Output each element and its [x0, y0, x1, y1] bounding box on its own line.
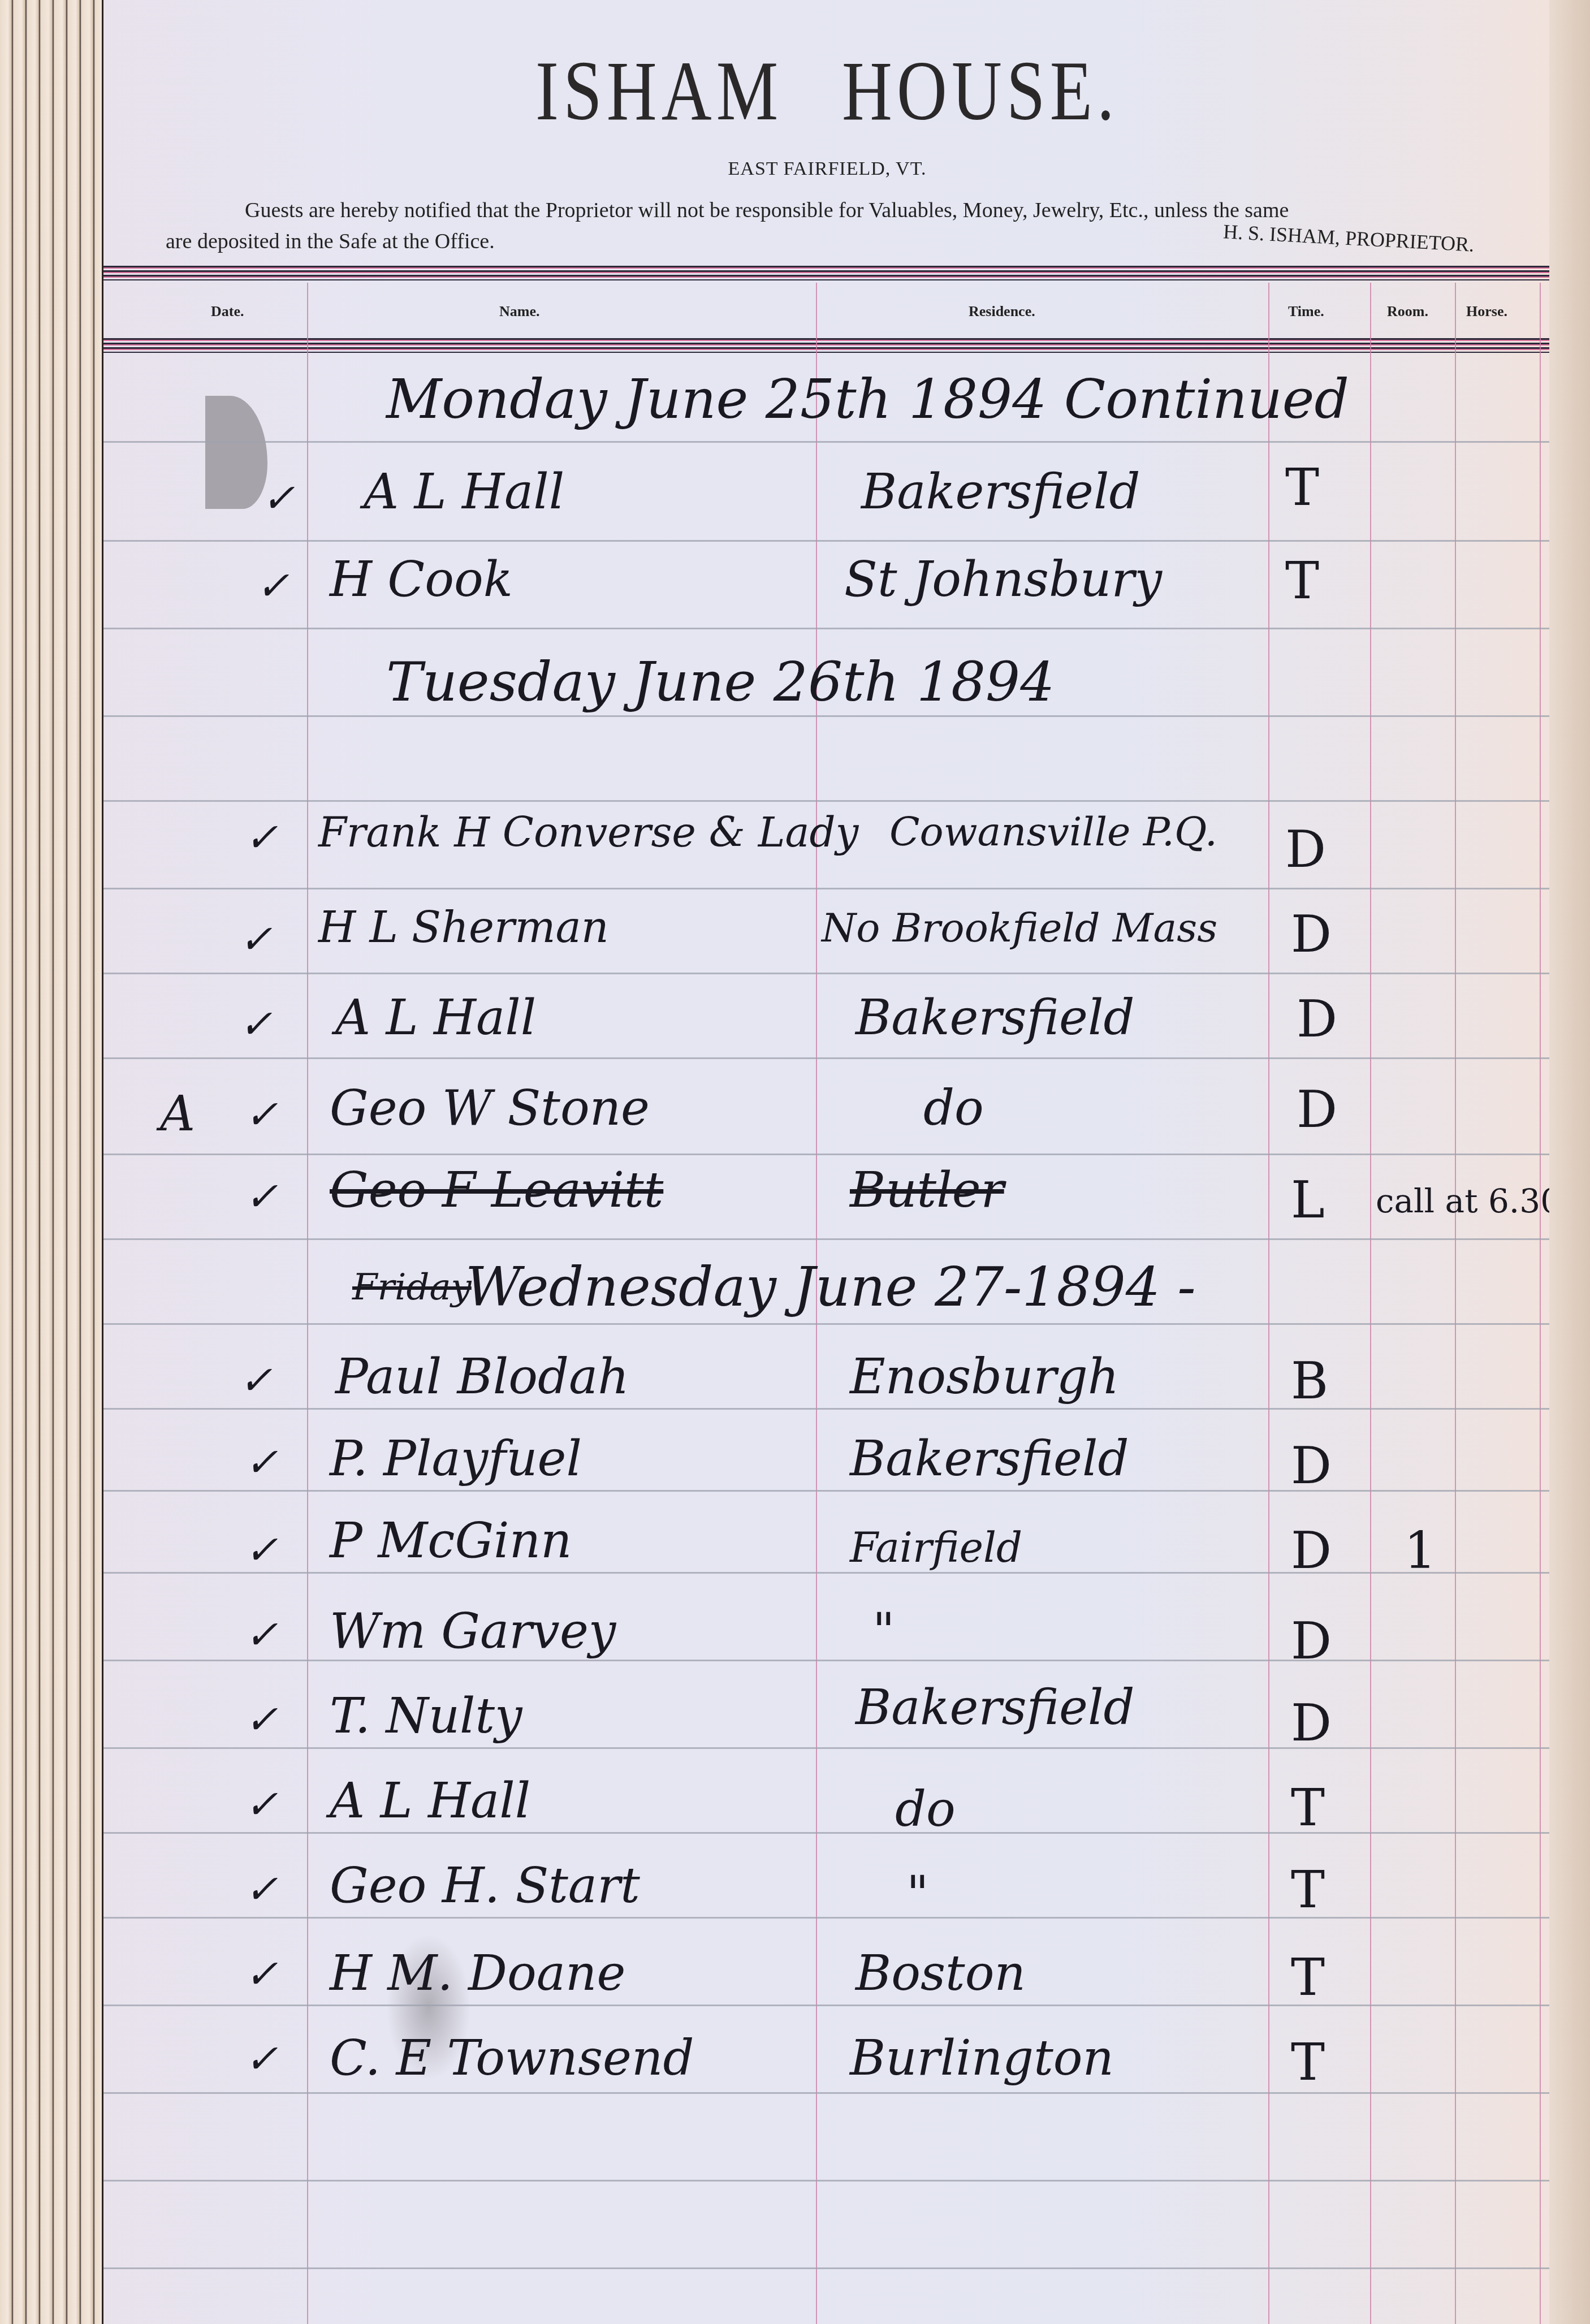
- row-rule: [103, 441, 1551, 443]
- guest-residence: Boston: [856, 1945, 1026, 2002]
- date-heading-tuesday: Tuesday June 26th 1894: [386, 650, 1055, 714]
- guest-residence: Burlington: [850, 2030, 1114, 2087]
- notice-line-1: Guests are hereby notified that the Prop…: [245, 198, 1289, 223]
- row-rule: [103, 2267, 1551, 2269]
- column-headers: Date. Name. Residence. Time. Room. Horse…: [103, 300, 1551, 339]
- notice-line-2: are deposited in the Safe at the Office.: [166, 229, 495, 254]
- guest-time: D: [1291, 1521, 1332, 1580]
- guest-time: D: [1291, 1436, 1332, 1496]
- guest-name: T. Nulty: [330, 1688, 522, 1744]
- col-room: Room.: [1387, 303, 1428, 320]
- row-rule: [103, 1490, 1551, 1492]
- row-rule: [103, 1408, 1551, 1410]
- check-mark-icon: ✓: [245, 1439, 278, 1485]
- guest-time: L: [1291, 1170, 1325, 1230]
- guest-time: D: [1285, 820, 1326, 879]
- check-mark-icon: ✓: [239, 1357, 273, 1403]
- col-residence: Residence.: [969, 303, 1035, 320]
- check-mark-icon: ✓: [245, 1091, 278, 1138]
- check-mark-icon: ✓: [245, 2036, 278, 2082]
- ink-stain: [205, 396, 267, 509]
- row-rule: [103, 1660, 1551, 1661]
- guest-residence: do: [923, 1080, 984, 1137]
- rule-horse: [1540, 283, 1541, 2324]
- guest-name: P McGinn: [330, 1513, 572, 1569]
- row-rule: [103, 2005, 1551, 2006]
- row-rule: [103, 628, 1551, 629]
- col-time: Time.: [1288, 303, 1324, 320]
- guest-name: H M. Doane: [330, 1945, 625, 2002]
- guest-name: H L Sherman: [318, 902, 609, 952]
- row-rule: [103, 1572, 1551, 1574]
- check-mark-icon: ✓: [245, 1696, 278, 1743]
- row-rule: [103, 715, 1551, 717]
- hotel-location: EAST FAIRFIELD, VT.: [103, 158, 1551, 180]
- row-rule: [103, 1917, 1551, 1919]
- date-heading-wednesday: Wednesday June 27-1894 -: [465, 1255, 1196, 1319]
- guest-time: T: [1285, 551, 1319, 611]
- check-mark-icon: ✓: [256, 563, 290, 609]
- date-heading-struck: Friday: [352, 1267, 472, 1308]
- guest-note: call at 6.30: [1376, 1182, 1561, 1220]
- row-rule: [103, 1057, 1551, 1059]
- guest-residence: Bakersfield: [856, 990, 1135, 1046]
- guest-name: A L Hall: [330, 1773, 530, 1829]
- page-edges-stack: [0, 0, 102, 2324]
- row-rule: [103, 2180, 1551, 2182]
- guest-name: P. Playfuel: [330, 1431, 582, 1487]
- row-rule: [103, 800, 1551, 802]
- guest-residence: Bakersfield: [850, 1431, 1129, 1487]
- guest-residence: Fairfield: [850, 1524, 1022, 1571]
- guest-time: D: [1297, 1080, 1337, 1139]
- rule-room: [1455, 283, 1456, 2324]
- guest-residence: Enosburgh: [850, 1349, 1119, 1405]
- guest-residence: Bakersfield: [856, 1679, 1135, 1736]
- guest-residence: ": [906, 1866, 929, 1923]
- guest-time: T: [1291, 1860, 1325, 1920]
- check-mark-icon: ✓: [239, 916, 273, 962]
- guest-time: D: [1297, 990, 1337, 1049]
- col-horse: Horse.: [1466, 303, 1507, 320]
- guest-residence: No Brookfield Mass: [822, 905, 1217, 951]
- proprietor-signature: H. S. ISHAM, PROPRIETOR.: [1222, 219, 1475, 256]
- row-rule: [103, 2092, 1551, 2094]
- guest-time: T: [1285, 458, 1319, 517]
- guest-time: T: [1291, 1948, 1325, 2007]
- check-mark-icon: ✓: [245, 1866, 278, 1912]
- guest-name: Wm Garvey: [330, 1603, 616, 1660]
- ledger-page: ISHAM HOUSE. EAST FAIRFIELD, VT. Guests …: [102, 0, 1551, 2324]
- row-rule: [103, 1323, 1551, 1325]
- row-rule: [103, 1238, 1551, 1240]
- check-mark-icon: ✓: [245, 814, 278, 861]
- page-right-edge: [1549, 0, 1590, 2324]
- guest-time: T: [1291, 2033, 1325, 2092]
- guest-residence: do: [895, 1781, 956, 1838]
- row-rule: [103, 973, 1551, 974]
- check-mark-icon: ✓: [239, 1001, 273, 1047]
- guest-time: D: [1291, 1694, 1332, 1753]
- guest-residence: Bakersfield: [861, 464, 1140, 520]
- guest-room: 1: [1404, 1521, 1436, 1580]
- guest-time: D: [1291, 905, 1332, 964]
- check-mark-icon: ✓: [245, 1527, 278, 1573]
- guest-name: Geo H. Start: [330, 1858, 640, 1914]
- margin-mark: A: [160, 1086, 195, 1142]
- row-rule: [103, 1747, 1551, 1749]
- guest-residence: ": [872, 1603, 895, 1660]
- hotel-title: ISHAM HOUSE.: [234, 42, 1420, 140]
- date-heading-monday: Monday June 25th 1894 Continued: [386, 368, 1349, 431]
- col-name: Name.: [499, 303, 539, 320]
- guest-time: B: [1291, 1351, 1328, 1411]
- col-date: Date.: [211, 303, 244, 320]
- check-mark-icon: ✓: [245, 1951, 278, 1997]
- row-rule: [103, 1154, 1551, 1155]
- row-rule: [103, 888, 1551, 889]
- guest-name: Geo F Leavitt: [330, 1162, 663, 1219]
- header-rule-bottom: [103, 338, 1551, 353]
- rule-time: [1370, 283, 1371, 2324]
- rule-residence: [1268, 283, 1269, 2324]
- guest-time: D: [1291, 1612, 1332, 1671]
- check-mark-icon: ✓: [245, 1173, 278, 1220]
- row-rule: [103, 540, 1551, 542]
- row-rule: [103, 1832, 1551, 1834]
- guest-name: C. E Townsend: [330, 2030, 694, 2087]
- header-rule-top: [103, 266, 1551, 280]
- guest-residence: Cowansville P.Q.: [889, 809, 1217, 855]
- guest-name: A L Hall: [335, 990, 536, 1046]
- guest-residence: Butler: [850, 1162, 1004, 1219]
- guest-name: Geo W Stone: [330, 1080, 650, 1137]
- check-mark-icon: ✓: [262, 475, 295, 521]
- guest-name: Frank H Converse & Lady: [318, 809, 858, 856]
- guest-time: T: [1291, 1778, 1325, 1838]
- check-mark-icon: ✓: [245, 1781, 278, 1828]
- check-mark-icon: ✓: [245, 1612, 278, 1658]
- guest-name: Paul Blodah: [335, 1349, 629, 1405]
- guest-name: A L Hall: [364, 464, 564, 520]
- guest-residence: St Johnsbury: [844, 551, 1162, 608]
- guest-name: H Cook: [330, 551, 513, 608]
- rule-date: [307, 283, 308, 2324]
